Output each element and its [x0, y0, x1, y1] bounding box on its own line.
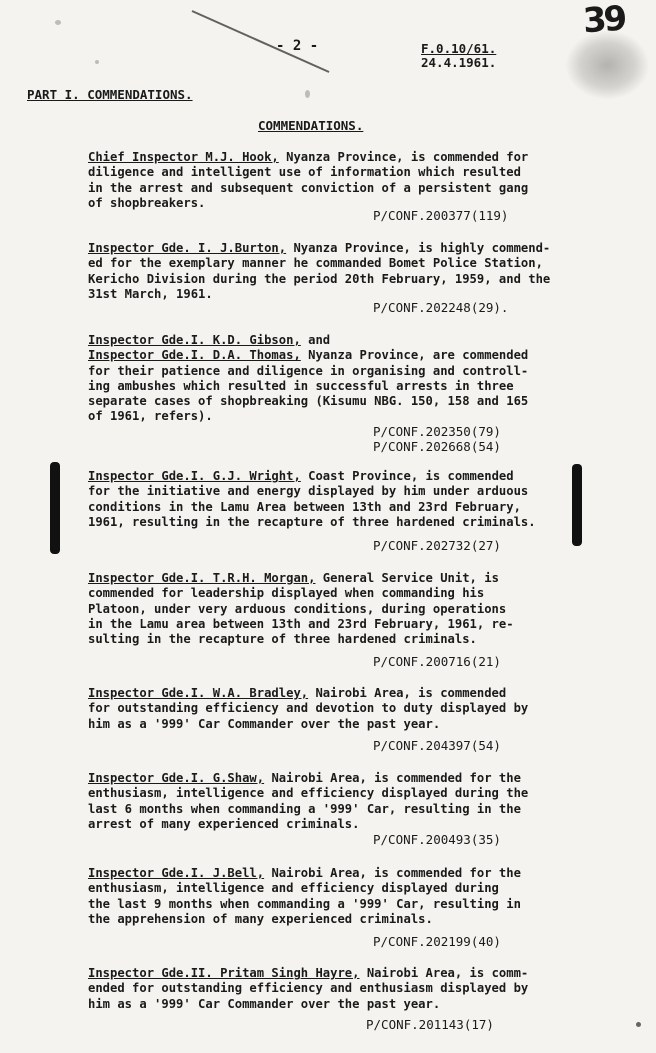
officer-name: Inspector Gde.I. J.Bell, — [88, 866, 264, 880]
commendation-entry: Chief Inspector M.J. Hook, Nyanza Provin… — [88, 150, 588, 211]
officer-name: Inspector Gde.I. G.Shaw, — [88, 771, 264, 785]
file-ref: P/CONF.202350(79) — [373, 424, 501, 439]
commendation-entry: Inspector Gde.I. W.A. Bradley, Nairobi A… — [88, 686, 588, 732]
file-ref: P/CONF.202248(29). — [373, 300, 508, 315]
commendation-entry: Inspector Gde.I. K.D. Gibson, and Inspec… — [88, 333, 588, 425]
file-ref: P/CONF.202732(27) — [373, 538, 501, 553]
officer-name: Inspector Gde.I. D.A. Thomas, — [88, 348, 301, 362]
page-number: - 2 - — [276, 38, 318, 54]
scan-speck — [305, 90, 310, 98]
document-page: - 2 - F.0.10/61. 24.4.1961. 39 PART I. C… — [0, 0, 656, 1053]
stamp-smudge — [565, 30, 650, 100]
margin-mark-left — [50, 462, 60, 554]
officer-name: Inspector Gde.I. T.R.H. Morgan, — [88, 571, 315, 585]
officer-name: Inspector Gde. I. J.Burton, — [88, 241, 286, 255]
commendation-entry: Inspector Gde.I. T.R.H. Morgan, General … — [88, 571, 588, 647]
file-ref: P/CONF.204397(54) — [373, 738, 501, 753]
handwritten-folio-number: 39 — [582, 0, 626, 41]
officer-name: Inspector Gde.I. W.A. Bradley, — [88, 686, 308, 700]
commendation-entry: Inspector Gde.I. J.Bell, Nairobi Area, i… — [88, 866, 588, 927]
file-ref: P/CONF.202199(40) — [373, 934, 501, 949]
document-date: 24.4.1961. — [421, 56, 496, 70]
officer-name: Inspector Gde.I. K.D. Gibson, — [88, 333, 301, 347]
file-reference: F.0.10/61. — [421, 42, 496, 56]
commendation-entry: Inspector Gde.I. G.Shaw, Nairobi Area, i… — [88, 771, 588, 832]
commendation-entry: Inspector Gde.II. Pritam Singh Hayre, Na… — [88, 966, 588, 1012]
file-ref: P/CONF.201143(17) — [366, 1017, 494, 1032]
file-ref: P/CONF.200377(119) — [373, 208, 508, 223]
officer-name: Inspector Gde.I. G.J. Wright, — [88, 469, 301, 483]
scan-speck — [95, 60, 99, 64]
officer-name: Inspector Gde.II. Pritam Singh Hayre, — [88, 966, 360, 980]
commendation-entry: Inspector Gde.I. G.J. Wright, Coast Prov… — [88, 469, 588, 530]
part-heading: PART I. COMMENDATIONS. — [27, 87, 193, 102]
officer-name: Chief Inspector M.J. Hook, — [88, 150, 279, 164]
file-reference-block: F.0.10/61. 24.4.1961. — [421, 42, 496, 70]
scan-speck — [55, 20, 61, 25]
commendation-entry: Inspector Gde. I. J.Burton, Nyanza Provi… — [88, 241, 588, 302]
section-title: COMMENDATIONS. — [258, 118, 363, 133]
file-ref: P/CONF.202668(54) — [373, 439, 501, 454]
file-ref: P/CONF.200493(35) — [373, 832, 501, 847]
scan-speck — [636, 1022, 641, 1027]
file-ref: P/CONF.200716(21) — [373, 654, 501, 669]
